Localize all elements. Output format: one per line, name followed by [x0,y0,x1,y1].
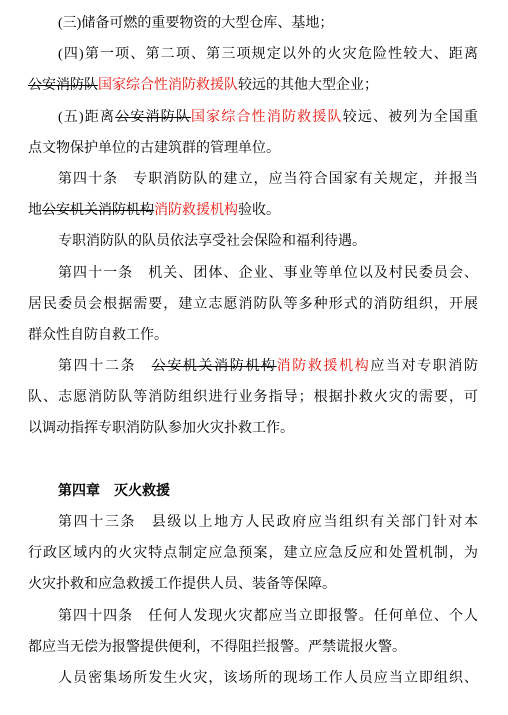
text-line: 第四十一条 机关、团体、企业、事业等单位以及村民委员会、 [28,258,478,289]
deleted-text: 公安机关消防机构 [42,203,154,218]
text-line: 第四十四条 任何人发现火灾都应当立即报警。任何单位、个人 [28,601,478,632]
chapter-heading: 第四章 灭火救援 [28,476,478,507]
body-text: 队、志愿消防队等消防组织进行业务指导；根据扑救火灾的需要，可 [28,390,478,405]
deleted-text: 公安消防队 [115,110,191,125]
body-text: 第四十条 专职消防队的建立，应当符合国家有关规定，并报当 [58,172,478,187]
body-text: 较远的其他大型企业； [238,78,378,93]
text-line: 第四十三条 县级以上地方人民政府应当组织有关部门针对本 [28,507,478,538]
inserted-text: 国家综合性消防救援队 [98,78,238,93]
body-text: 第四十四条 任何人发现火灾都应当立即报警。任何单位、个人 [58,609,478,624]
document-page: (三)储备可燃的重要物资的大型仓库、基地；(四)第一项、第二项、第三项规定以外的… [0,0,508,715]
inserted-text: 消防救援机构 [277,359,371,374]
inserted-text: 消防救援机构 [154,203,238,218]
body-text: 第四章 灭火救援 [58,484,170,499]
body-text: (三)储备可燃的重要物资的大型仓库、基地； [58,16,333,31]
body-text: (四)第一项、第二项、第三项规定以外的火灾危险性较大、距离 [58,47,478,62]
body-text: 专职消防队的队员依法享受社会保险和福利待遇。 [58,234,366,249]
text-line: 第四十二条 公安机关消防机构消防救援机构应当对专职消防 [28,351,478,382]
body-text: 第四十二条 [58,359,152,374]
text-line: 专职消防队的队员依法享受社会保险和福利待遇。 [28,226,478,257]
body-text: 人员密集场所发生火灾，该场所的现场工作人员应当立即组织、 [58,671,478,686]
text-line: 点文物保护单位的古建筑群的管理单位。 [28,133,478,164]
text-line: 行政区域内的火灾特点制定应急预案，建立应急反应和处置机制，为 [28,538,478,569]
body-text: 点文物保护单位的古建筑群的管理单位。 [28,141,280,156]
text-line: 群众性自防自救工作。 [28,320,478,351]
deleted-text: 公安消防队 [28,78,98,93]
deleted-text: 公安机关消防机构 [152,359,277,374]
inserted-text: 国家综合性消防救援队 [191,110,343,125]
body-text: 居民委员会根据需要，建立志愿消防队等多种形式的消防组织，开展 [28,297,478,312]
body-text: 验收。 [238,203,280,218]
body-text: 第四十三条 县级以上地方人民政府应当组织有关部门针对本 [58,515,478,530]
text-line: 队、志愿消防队等消防组织进行业务指导；根据扑救火灾的需要，可 [28,382,478,413]
text-line: 以调动指挥专职消防队参加火灾扑救工作。 [28,413,478,444]
text-line: (四)第一项、第二项、第三项规定以外的火灾危险性较大、距离 [28,39,478,70]
text-line: 地公安机关消防机构消防救援机构验收。 [28,195,478,226]
body-text: (五)距离 [58,110,115,125]
text-line: 人员密集场所发生火灾，该场所的现场工作人员应当立即组织、 [28,663,478,694]
text-line: (三)储备可燃的重要物资的大型仓库、基地； [28,8,478,39]
text-line: (五)距离公安消防队国家综合性消防救援队较远、被列为全国重 [28,102,478,133]
body-text: 火灾扑救和应急救援工作提供人员、装备等保障。 [28,577,336,592]
body-text: 群众性自防自救工作。 [28,328,168,343]
text-line: 都应当无偿为报警提供便利，不得阻拦报警。严禁谎报火警。 [28,632,478,663]
body-text: 都应当无偿为报警提供便利，不得阻拦报警。严禁谎报火警。 [28,640,406,655]
text-line: 第四十条 专职消防队的建立，应当符合国家有关规定，并报当 [28,164,478,195]
body-text: 以调动指挥专职消防队参加火灾扑救工作。 [28,421,294,436]
blank-line [28,445,478,476]
text-line: 公安消防队国家综合性消防救援队较远的其他大型企业； [28,70,478,101]
body-text: 较远、被列为全国重 [343,110,478,125]
body-text: 应当对专职消防 [370,359,478,374]
body-text: 地 [28,203,42,218]
body-text: 第四十一条 机关、团体、企业、事业等单位以及村民委员会、 [58,266,478,281]
text-line: 火灾扑救和应急救援工作提供人员、装备等保障。 [28,569,478,600]
text-line: 居民委员会根据需要，建立志愿消防队等多种形式的消防组织，开展 [28,289,478,320]
body-text: 行政区域内的火灾特点制定应急预案，建立应急反应和处置机制，为 [28,546,478,561]
